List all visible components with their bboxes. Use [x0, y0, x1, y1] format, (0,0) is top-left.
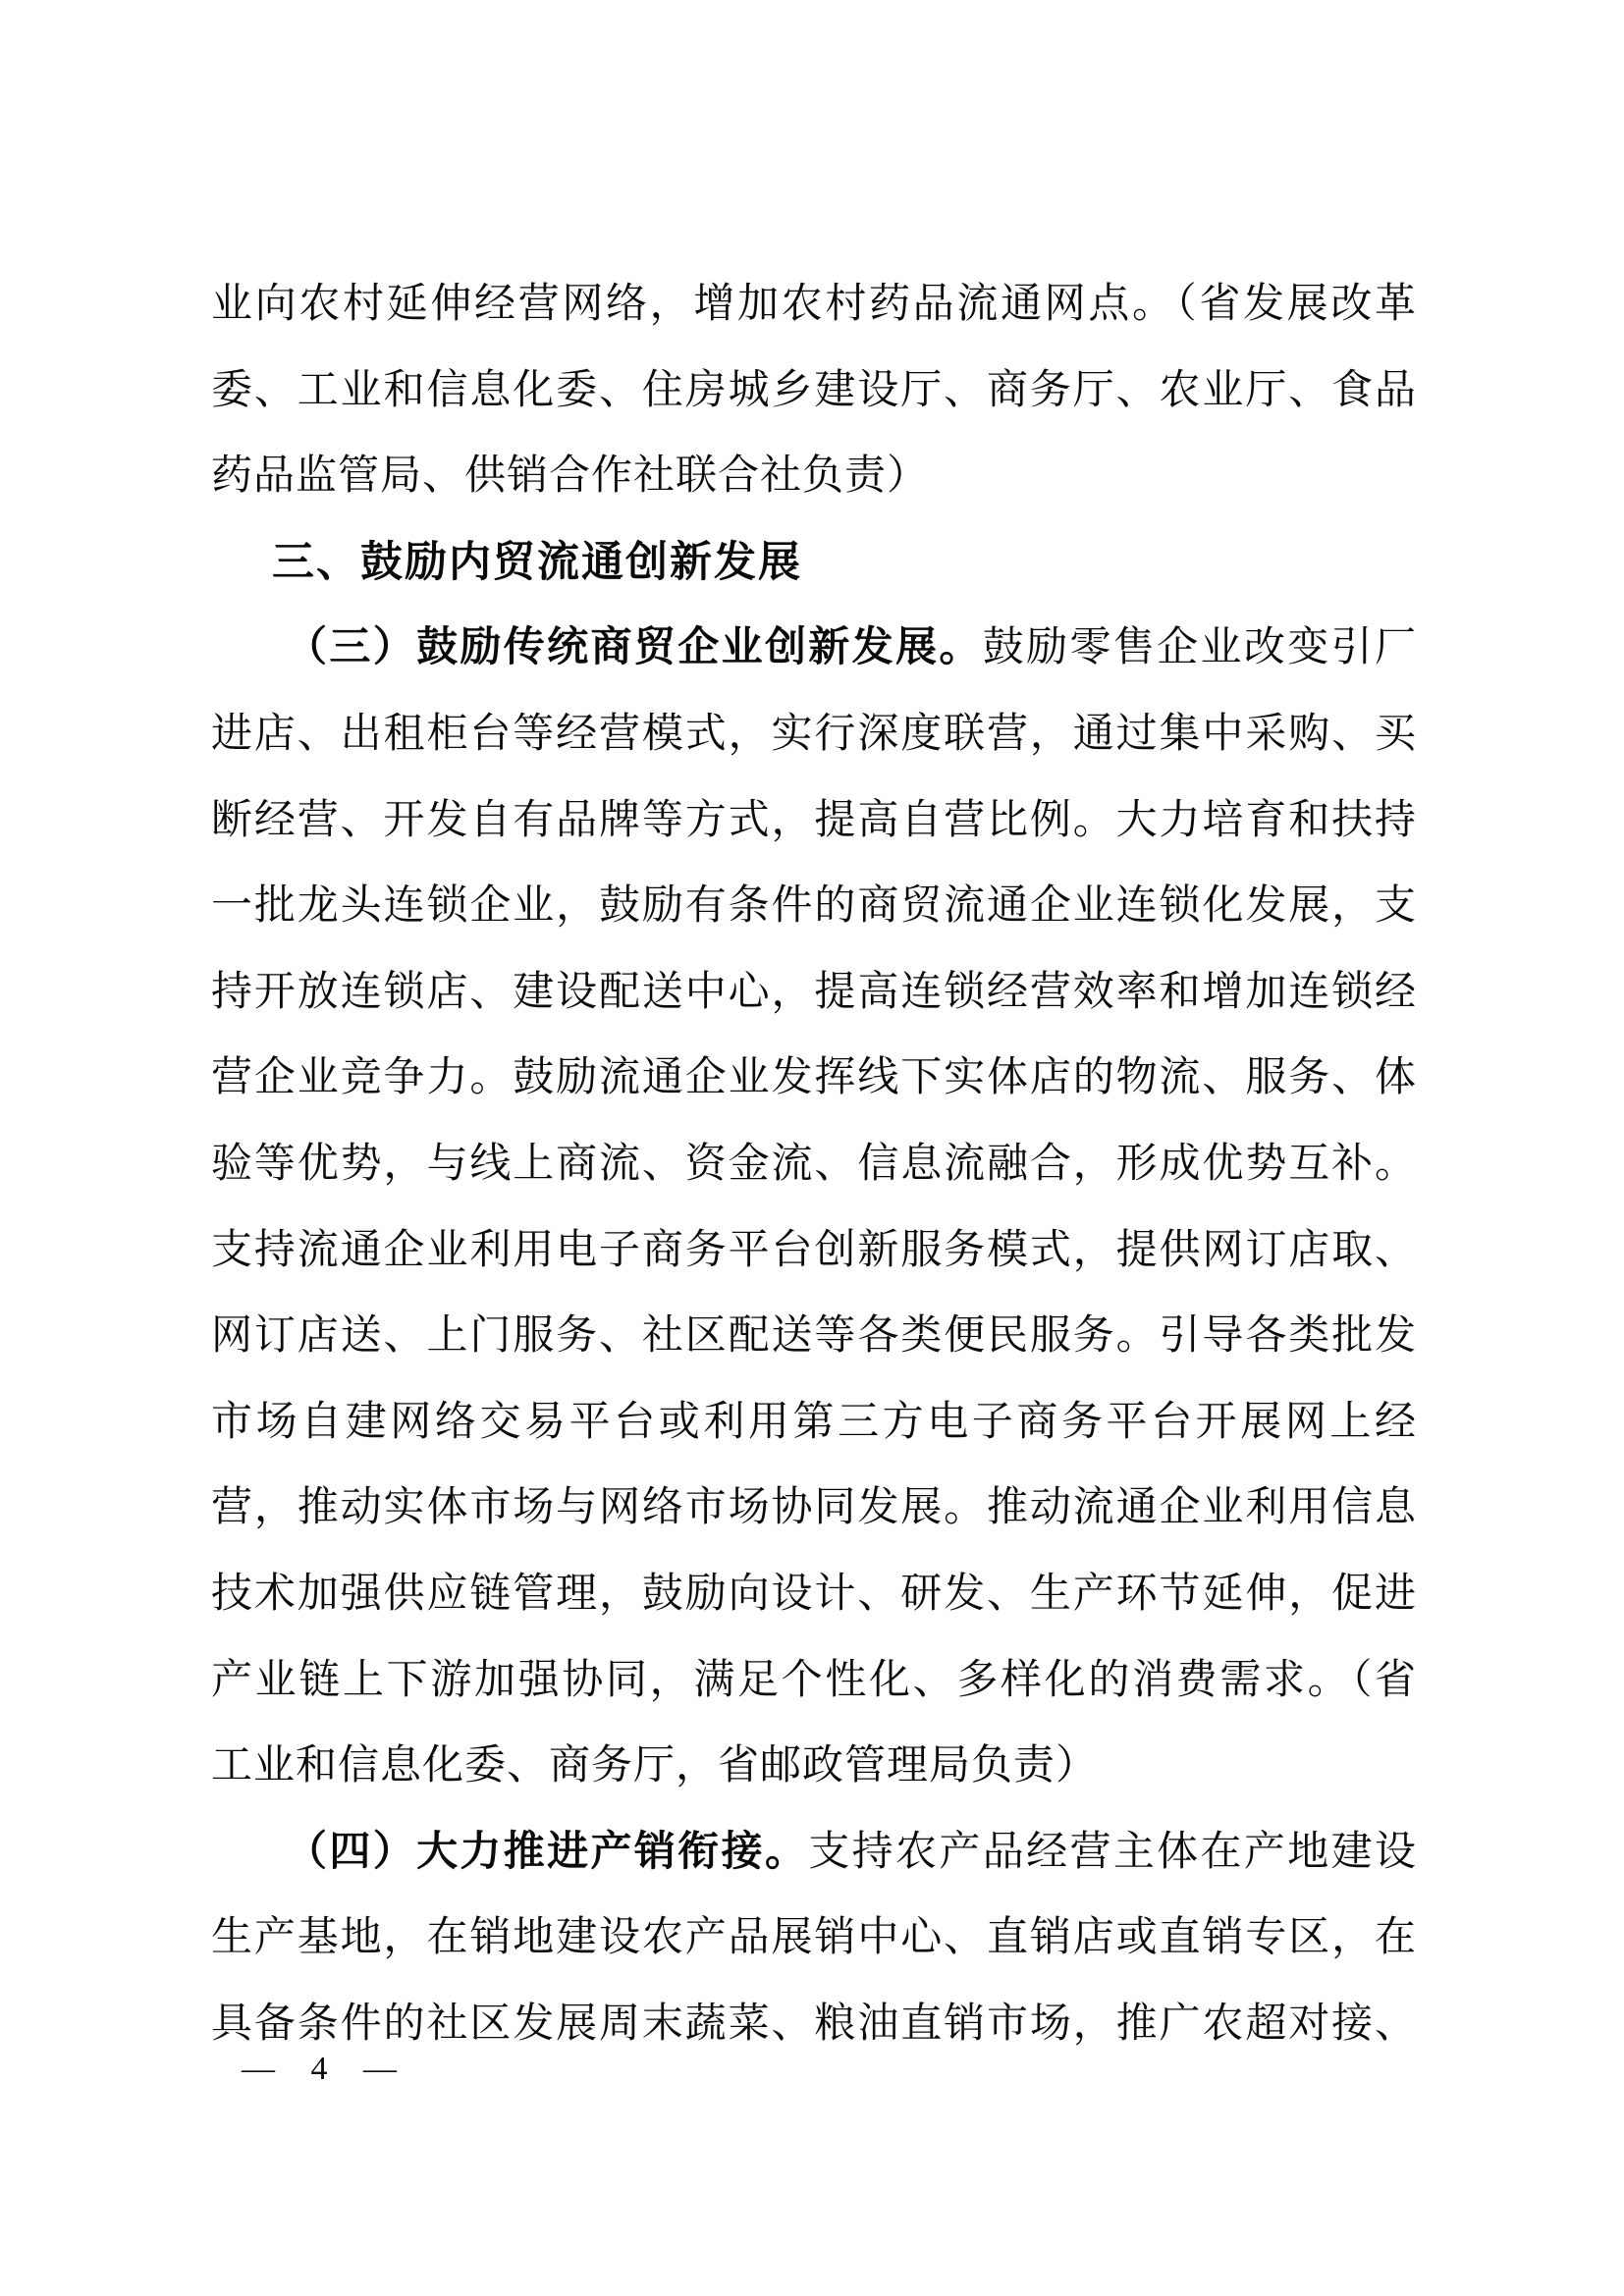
- text-line: 营，推动实体市场与网络市场协同发展。推动流通企业利用信息: [211, 1466, 1417, 1552]
- text-line: 生产基地，在销地建设农产品展销中心、直销店或直销专区，在: [211, 1896, 1417, 1982]
- text-line: （三）鼓励传统商贸企业创新发展。鼓励零售企业改变引厂: [211, 606, 1417, 692]
- text-line: 网订店送、上门服务、社区配送等各类便民服务。引导各类批发: [211, 1294, 1417, 1380]
- document-page: 业向农村延伸经营网络，增加农村药品流通网点。（省发展改革 委、工业和信息化委、住…: [0, 0, 1624, 2296]
- text-line: 营企业竞争力。鼓励流通企业发挥线下实体店的物流、服务、体: [211, 1036, 1417, 1122]
- text-line: 工业和信息化委、商务厅，省邮政管理局负责）: [211, 1724, 1417, 1810]
- text-line: 持开放连锁店、建设配送中心，提高连锁经营效率和增加连锁经: [211, 950, 1417, 1037]
- text-line: 支持流通企业利用电子商务平台创新服务模式，提供网订店取、: [211, 1208, 1417, 1295]
- text-line: 委、工业和信息化委、住房城乡建设厅、商务厅、农业厅、食品: [211, 348, 1417, 435]
- text-line: 一批龙头连锁企业，鼓励有条件的商贸流通企业连锁化发展，支: [211, 864, 1417, 950]
- text-line: 断经营、开发自有品牌等方式，提高自营比例。大力培育和扶持: [211, 778, 1417, 865]
- text-line: （四）大力推进产销衔接。支持农产品经营主体在产地建设: [211, 1810, 1417, 1896]
- text-line: 市场自建网络交易平台或利用第三方电子商务平台开展网上经: [211, 1380, 1417, 1467]
- item-body-start: 支持农产品经营主体在产地建设: [808, 1830, 1417, 1875]
- document-body: 业向农村延伸经营网络，增加农村药品流通网点。（省发展改革 委、工业和信息化委、住…: [211, 262, 1417, 2067]
- text-line: 药品监管局、供销合作社联合社负责）: [211, 434, 1417, 520]
- page-number: — 4 —: [242, 2050, 403, 2089]
- text-line: 业向农村延伸经营网络，增加农村药品流通网点。（省发展改革: [211, 262, 1417, 348]
- text-line: 技术加强供应链管理，鼓励向设计、研发、生产环节延伸，促进: [211, 1552, 1417, 1638]
- section-heading: 三、鼓励内贸流通创新发展: [272, 520, 1417, 607]
- text-line: 验等优势，与线上商流、资金流、信息流融合，形成优势互补。: [211, 1122, 1417, 1208]
- item-title: （四）大力推进产销衔接。: [286, 1830, 808, 1875]
- text-line: 产业链上下游加强协同，满足个性化、多样化的消费需求。（省: [211, 1638, 1417, 1725]
- text-line: 进店、出租柜台等经营模式，实行深度联营，通过集中采购、买: [211, 692, 1417, 778]
- item-title: （三）鼓励传统商贸企业创新发展。: [286, 625, 983, 670]
- item-body-start: 鼓励零售企业改变引厂: [983, 625, 1417, 670]
